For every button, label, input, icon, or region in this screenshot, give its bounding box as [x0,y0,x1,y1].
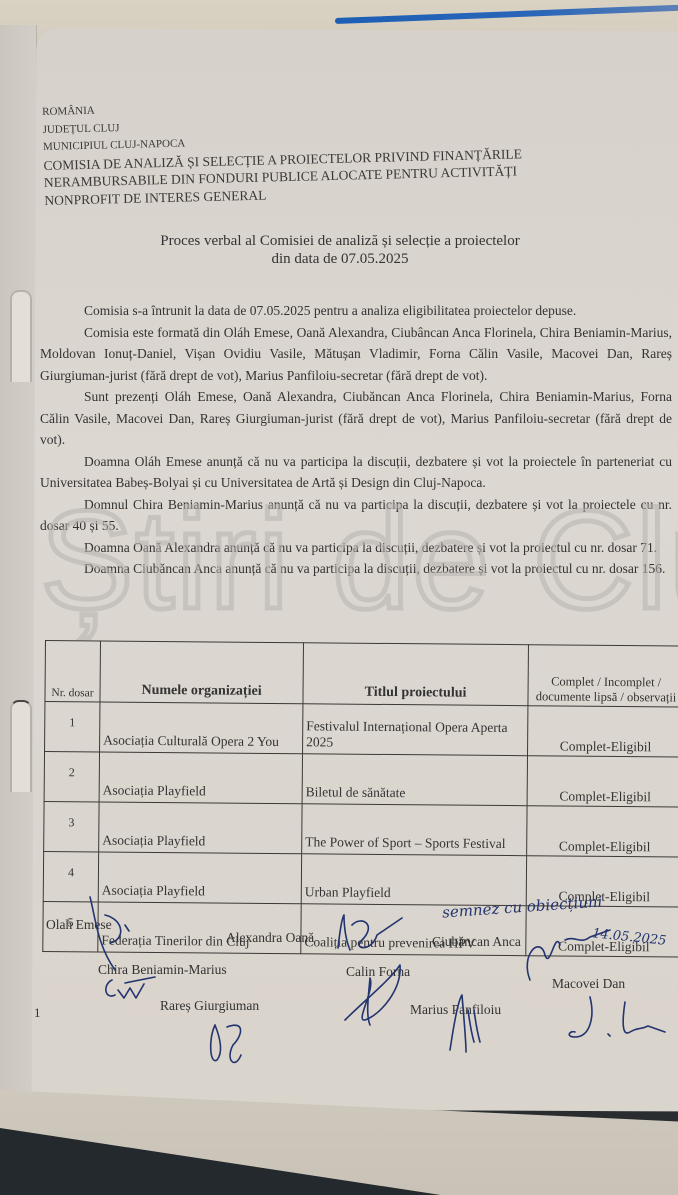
cell-nr: 1 [45,702,100,752]
table-row: 2 Asociația Playfield Biletul de sănătat… [44,752,678,808]
cell-nr: 2 [44,752,99,802]
minutes-body: Comisia s-a întrunit la data de 07.05.20… [40,300,672,580]
column-header-project-title: Titlul proiectului [303,643,529,706]
cell-organization: Asociația Culturală Opera 2 You [100,702,303,754]
document-title: Proces verbal al Comisiei de analiză și … [40,232,640,268]
cell-nr: 4 [43,851,98,901]
column-header-nr: Nr. dosar [45,641,101,702]
paragraph-present: Sunt prezenți Oláh Emese, Oană Alexandra… [40,386,672,451]
table-header-row: Nr. dosar Numele organizației Titlul pro… [45,641,678,708]
signature-macovei-icon [560,992,670,1052]
cell-project-title: Urban Playfield [301,854,526,906]
paragraph-composition: Comisia este formată din Oláh Emese, Oan… [40,322,672,387]
institution-header: ROMÂNIA JUDEȚUL CLUJ MUNICIPIUL CLUJ-NAP… [42,89,644,209]
table-row: 1 Asociația Culturală Opera 2 You Festiv… [45,702,678,758]
cell-status: Complet-Eligibil [528,706,678,757]
title-line-2: din data de 07.05.2025 [40,250,640,268]
title-line-1: Proces verbal al Comisiei de analiză și … [40,232,640,250]
cell-organization: Asociația Playfield [98,852,301,904]
paragraph-abstention-olah: Doamna Oláh Emese anunță că nu va partic… [40,451,672,494]
signatory-chira: Chira Beniamin-Marius [98,962,227,978]
paragraph-meeting: Comisia s-a întrunit la data de 07.05.20… [40,300,672,322]
signatory-macovei: Macovei Dan [552,976,625,992]
signature-chira-icon [100,975,160,1005]
column-header-status: Complet / Incomplet / documente lipsă / … [528,645,678,707]
cell-organization: Asociația Playfield [99,802,302,854]
signatory-ciubancan: Ciubăncan Anca [432,934,521,950]
signatory-forna: Calin Forna [346,964,410,980]
paragraph-abstention-ciubancan: Doamna Ciubăncan Anca anunță că nu va pa… [40,558,672,580]
cell-status: Complet-Eligibil [527,806,678,857]
page-number: 1 [34,1005,41,1021]
signature-panfiloiu-icon [448,990,488,1060]
cell-organization: Asociația Playfield [99,752,302,804]
cell-project-title: Festivalul Internațional Opera Aperta 20… [303,704,528,756]
signatory-olah: Olah Emese [46,917,112,933]
signatory-oana: Alexandra Oană [226,930,314,946]
signatory-panfiloiu: Marius Panfiloiu [410,1002,501,1018]
cell-project-title: Biletul de sănătate [302,754,527,806]
cell-project-title: The Power of Sport – Sports Festival [302,804,527,856]
table-row: 3 Asociația Playfield The Power of Sport… [44,801,678,857]
cell-nr: 3 [44,801,99,851]
cell-status: Complet-Eligibil [527,756,678,807]
signatory-giurgiuman: Rareș Giurgiuman [160,998,259,1014]
paragraph-abstention-oana: Doamna Oană Alexandra anunță că nu va pa… [40,537,672,559]
paragraph-abstention-chira: Domnul Chira Beniamin-Marius anunță că n… [40,494,672,537]
column-header-organization: Numele organizației [100,641,304,704]
document-content: ROMÂNIA JUDEȚUL CLUJ MUNICIPIUL CLUJ-NAP… [0,0,678,1195]
signature-giurgiuman-icon [205,1015,250,1075]
